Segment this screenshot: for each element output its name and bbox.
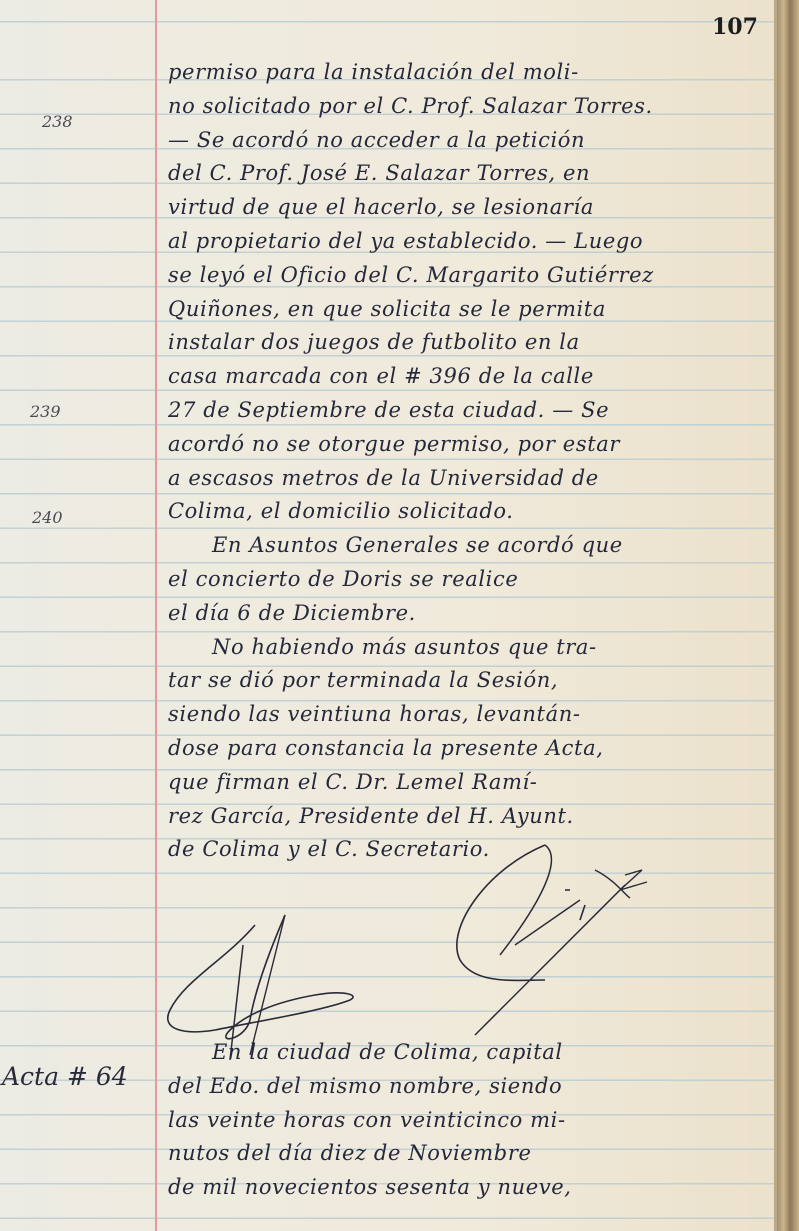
page-number: 107 — [712, 14, 758, 40]
text-line: No habiendo más asuntos que tra- — [168, 631, 773, 665]
text-line: del C. Prof. José E. Salazar Torres, en — [168, 157, 773, 191]
margin-note-238: 238 — [42, 112, 73, 131]
text-line: se leyó el Oficio del C. Margarito Gutié… — [168, 259, 773, 293]
signature-secretary — [155, 830, 780, 1060]
signatures-area — [155, 830, 780, 1060]
text-line: al propietario del ya establecido. — Lue… — [168, 225, 773, 259]
margin-note-acta-64: Acta # 64 — [2, 1062, 128, 1091]
text-line: rez García, Presidente del H. Ayunt. — [168, 800, 773, 834]
text-line: no solicitado por el C. Prof. Salazar To… — [168, 90, 773, 124]
text-line: el día 6 de Diciembre. — [168, 597, 773, 631]
text-line: 27 de Septiembre de esta ciudad. — Se — [168, 394, 773, 428]
text-line: dose para constancia la presente Acta, — [168, 732, 773, 766]
text-line: casa marcada con el # 396 de la calle — [168, 360, 773, 394]
text-line: permiso para la instalación del moli- — [168, 56, 773, 90]
text-line: virtud de que el hacerlo, se lesionaría — [168, 191, 773, 225]
text-line: el concierto de Doris se realice — [168, 563, 773, 597]
text-line: de mil novecientos sesenta y nueve, — [168, 1171, 773, 1205]
text-line: — Se acordó no acceder a la petición — [168, 124, 773, 158]
margin-note-240: 240 — [32, 508, 63, 527]
text-line: siendo las veintiuna horas, levantán- — [168, 698, 773, 732]
text-line: Quiñones, en que solicita se le permita — [168, 293, 773, 327]
text-line: las veinte horas con veinticinco mi- — [168, 1104, 773, 1138]
text-line: a escasos metros de la Universidad de — [168, 462, 773, 496]
text-line: acordó no se otorgue permiso, por estar — [168, 428, 773, 462]
margin-note-239: 239 — [30, 402, 61, 421]
text-line: Colima, el domicilio solicitado. — [168, 495, 773, 529]
text-line: tar se dió por terminada la Sesión, — [168, 664, 773, 698]
text-line: instalar dos juegos de futbolito en la — [168, 326, 773, 360]
book-binding — [777, 0, 799, 1231]
next-minutes-text: En la ciudad de Colima, capital del Edo.… — [168, 1036, 773, 1205]
text-line: En Asuntos Generales se acordó que — [168, 529, 773, 563]
minutes-text: permiso para la instalación del moli- no… — [168, 56, 773, 867]
text-line: que firman el C. Dr. Lemel Ramí- — [168, 766, 773, 800]
text-line: del Edo. del mismo nombre, siendo — [168, 1070, 773, 1104]
text-line: En la ciudad de Colima, capital — [168, 1036, 773, 1070]
text-line: nutos del día diez de Noviembre — [168, 1137, 773, 1171]
